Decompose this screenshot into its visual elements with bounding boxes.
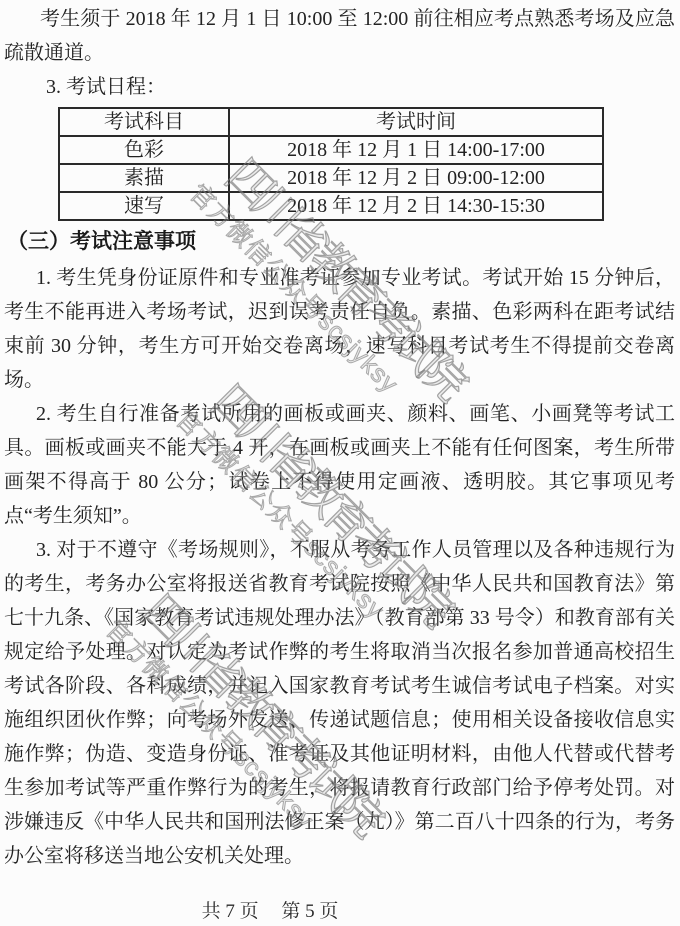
section-heading: （三）考试注意事项 [4,227,675,257]
table-header-cell: 考试时间 [229,108,603,136]
current-page-label: 第 5 页 [281,901,338,922]
exam-schedule-table: 考试科目考试时间 色彩2018 年 12 月 1 日 14:00-17:00素描… [58,107,604,221]
time-cell: 2018 年 12 月 1 日 14:00-17:00 [229,136,603,164]
notes-list: 1. 考生凭身份证原件和专业准考证参加专业考试。考试开始 15 分钟后，考生不能… [4,261,675,873]
note-paragraph: 1. 考生凭身份证原件和专业准考证参加专业考试。考试开始 15 分钟后，考生不能… [4,261,675,397]
table-header-row: 考试科目考试时间 [59,108,603,136]
note-paragraph: 3. 对于不遵守《考场规则》，不服从考务工作人员管理以及各种违规行为的考生，考务… [4,533,675,873]
page-footer: 共 7 页 第 5 页 [0,896,540,923]
time-cell: 2018 年 12 月 2 日 09:00-12:00 [229,164,603,192]
subject-cell: 素描 [59,164,229,192]
document-page: 四川省教育考试院 官方微信公众号scsjyksy 四川省教育考试院 官方微信公众… [0,0,680,926]
table-body: 色彩2018 年 12 月 1 日 14:00-17:00素描2018 年 12… [59,136,603,220]
document-body: 考生须于 2018 年 12 月 1 日 10:00 至 12:00 前往相应考… [0,0,680,873]
table-header-cell: 考试科目 [59,108,229,136]
time-cell: 2018 年 12 月 2 日 14:30-15:30 [229,192,603,220]
schedule-item-label: 3. 考试日程： [4,70,675,104]
table-row: 色彩2018 年 12 月 1 日 14:00-17:00 [59,136,603,164]
intro-paragraph: 考生须于 2018 年 12 月 1 日 10:00 至 12:00 前往相应考… [4,2,675,70]
pages-total-label: 共 7 页 [202,901,259,922]
table-row: 速写2018 年 12 月 2 日 14:30-15:30 [59,192,603,220]
table-row: 素描2018 年 12 月 2 日 09:00-12:00 [59,164,603,192]
subject-cell: 速写 [59,192,229,220]
note-paragraph: 2. 考生自行准备考试所用的画板或画夹、颜料、画笔、小画凳等考试工具。画板或画夹… [4,397,675,533]
subject-cell: 色彩 [59,136,229,164]
